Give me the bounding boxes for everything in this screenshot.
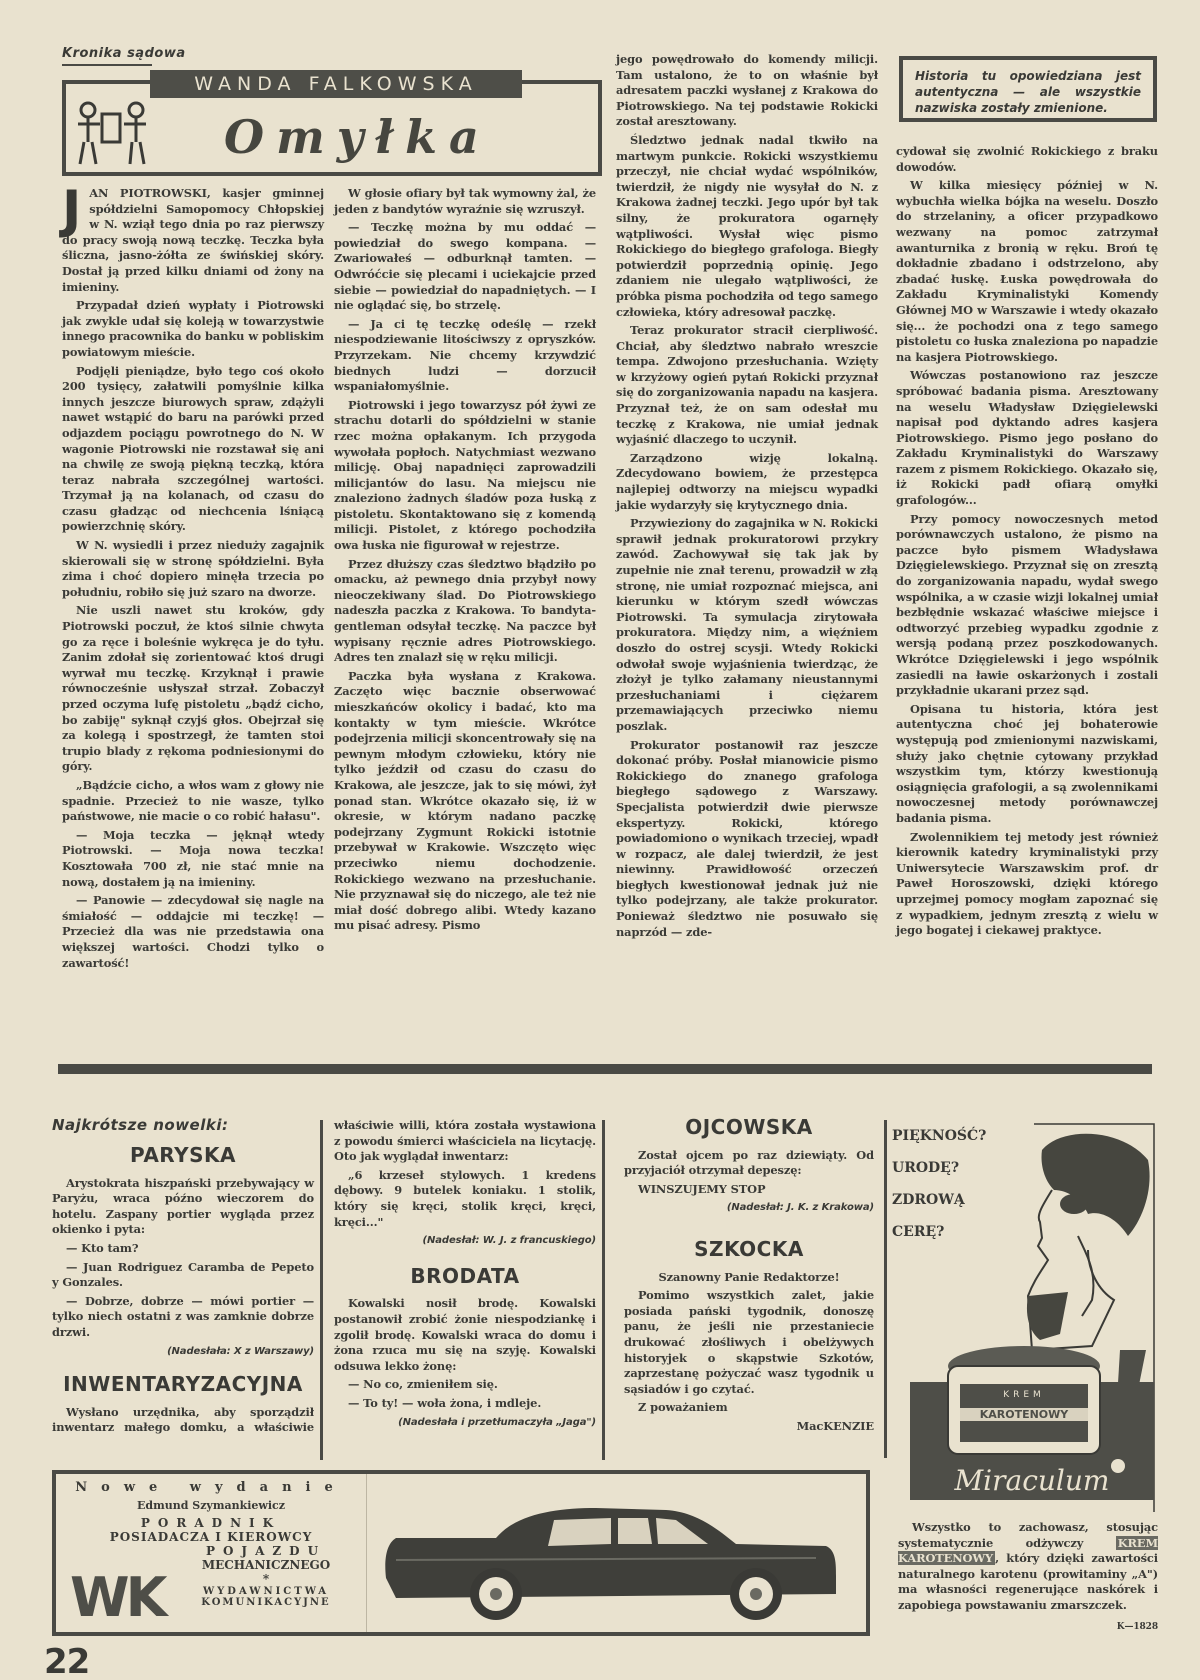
closing: Z poważaniem xyxy=(624,1400,874,1416)
paragraph: Śledztwo jednak nadal tkwiło na martwym … xyxy=(616,133,878,320)
paragraph: Pomimo wszystkich zalet, jakie posiada p… xyxy=(624,1288,874,1397)
drop-cap: J xyxy=(62,188,81,232)
paragraph: Paczka była wysłana z Krakowa. Zaczęto w… xyxy=(334,669,596,934)
wk-logo: WK xyxy=(70,1566,163,1629)
paragraph: — Panowie — zdecydował się nagle na śmia… xyxy=(62,893,324,971)
jar-label-top: KREM xyxy=(960,1390,1088,1400)
paragraph: Prokurator postanowił raz jeszcze dokona… xyxy=(616,738,878,941)
paragraph: Nie uszli nawet stu kroków, gdy Piotrows… xyxy=(62,603,324,775)
article-column-4: cydował się zwolnić Rokickiego z braku d… xyxy=(896,144,1158,942)
salutation: Szanowny Panie Redaktorze! xyxy=(624,1270,874,1286)
story-ojcowska: OJCOWSKA Został ojcem po raz dziewiąty. … xyxy=(624,1116,874,1435)
paragraph: właściwie willi, która została wystawion… xyxy=(334,1118,596,1165)
two-figures-icon xyxy=(72,98,158,168)
paragraph: — Kto tam? xyxy=(52,1241,314,1257)
column-rule xyxy=(884,1120,887,1458)
paragraph: Podjęli pieniądze, było tego coś około 2… xyxy=(62,364,324,536)
book-advertisement: Nowe wydanie Edmund Szymankiewicz PORADN… xyxy=(52,1470,870,1636)
paragraph: „6 krzeseł stylowych. 1 kredens dębowy. … xyxy=(334,1168,596,1230)
ad-code: K—1828 xyxy=(898,1620,1158,1636)
story-title: INWENTARYZACYJNA xyxy=(52,1377,314,1393)
paragraph: Teraz prokurator stracił cierpliwość. Ch… xyxy=(616,323,878,448)
paragraph: AN PIOTROWSKI, kasjer gminnej spółdzieln… xyxy=(62,186,324,294)
signature: MacKENZIE xyxy=(624,1419,874,1435)
paragraph: — Dobrze, dobrze — mówi portier — tylko … xyxy=(52,1294,314,1341)
ad-title-1: PORADNIK xyxy=(66,1516,356,1530)
story-credit: (Nadesłał: W. J. z francuskiego) xyxy=(334,1233,596,1249)
cream-advertisement: PIĘKNOŚĆ? URODĘ? ZDROWĄ CERĘ? KREM KAROT… xyxy=(892,1120,1158,1512)
article-column-1: JAN PIOTROWSKI, kasjer gminnej spółdziel… xyxy=(62,186,324,974)
paragraph: Zwolennikiem tej metody jest również kie… xyxy=(896,830,1158,939)
cream-ad-text: Wszystko to zachowasz, stosując systemat… xyxy=(898,1520,1158,1635)
paragraph: Przez dłuższy czas śledztwo błądziło po … xyxy=(334,557,596,666)
paragraph: jego powędrowało do komendy milicji. Tam… xyxy=(616,52,878,130)
ad-author: Edmund Szymankiewicz xyxy=(66,1499,356,1512)
paragraph: — No co, zmieniłem się. xyxy=(334,1377,596,1393)
paragraph: W N. wysiedli i przez nieduży zagajnik s… xyxy=(62,538,324,600)
story-credit: (Nadesłała: X z Warszawy) xyxy=(52,1344,314,1360)
jar-label-main: KAROTENOWY xyxy=(960,1408,1088,1421)
paragraph: Kowalski nosił brodę. Kowalski postanowi… xyxy=(334,1296,596,1374)
column-rule xyxy=(602,1120,605,1460)
paragraph: Przy pomocy nowoczesnych metod porównawc… xyxy=(896,512,1158,699)
paragraph: cydował się zwolnić Rokickiego z braku d… xyxy=(896,144,1158,175)
paragraph: Wysłano urzędnika, aby sporządził inwent… xyxy=(52,1405,314,1437)
story-title: BRODATA xyxy=(334,1269,596,1285)
story-title: SZKOCKA xyxy=(624,1242,874,1258)
ad-new-edition: Nowe wydanie xyxy=(66,1480,356,1495)
ad-title-2: POSIADACZA I KIEROWCY xyxy=(66,1530,356,1544)
story-paryska: PARYSKA Arystokrata hiszpański przebywaj… xyxy=(52,1144,314,1440)
paragraph: Arystokrata hiszpański przebywający w Pa… xyxy=(52,1176,314,1238)
car-illustration-icon xyxy=(376,1494,856,1624)
paragraph: Zarządzono wizję lokalną. Zdecydowano bo… xyxy=(616,451,878,513)
story-title: PARYSKA xyxy=(52,1148,314,1164)
story-credit: (Nadesłała i przetłumaczyła „Jaga") xyxy=(334,1415,596,1431)
section-label: Kronika sądowa xyxy=(62,46,186,61)
brand-name: Miraculum xyxy=(932,1464,1132,1497)
paragraph: — Moja teczka — jęknął wtedy Piotrowski.… xyxy=(62,828,324,890)
section-divider xyxy=(58,1064,1152,1074)
story-credit: (Nadesłał: J. K. z Krakowa) xyxy=(624,1200,874,1216)
story-inwentaryzacyjna-continued: właściwie willi, która została wystawion… xyxy=(334,1118,596,1430)
ad-title-3: POJAZDU xyxy=(66,1544,356,1558)
short-stories-label: Najkrótsze nowelki: xyxy=(52,1116,229,1134)
paragraph: — Ja ci tę teczkę odeślę — rzekł niespod… xyxy=(334,317,596,395)
paragraph: — Juan Rodriguez Caramba de Pepeto y Gon… xyxy=(52,1260,314,1291)
paragraph: „Bądźcie cicho, a włos wam z głowy nie s… xyxy=(62,778,324,825)
paragraph: — To ty! — woła żona, i mdleje. xyxy=(334,1396,596,1412)
paragraph: W kilka miesięcy później w N. wybuchła w… xyxy=(896,178,1158,365)
paragraph: Wówczas postanowiono raz jeszcze spróbow… xyxy=(896,368,1158,508)
paragraph: W głosie ofiary był tak wymowny żal, że … xyxy=(334,186,596,217)
paragraph: WINSZUJEMY STOP xyxy=(624,1182,874,1198)
paragraph: Opisana tu historia, która jest autentyc… xyxy=(896,702,1158,827)
column-rule xyxy=(320,1120,323,1460)
paragraph: Piotrowski i jego towarzysz pół żywi ze … xyxy=(334,398,596,554)
disclaimer-note: Historia tu opowiedziana jest autentyczn… xyxy=(899,56,1157,122)
woman-illustration-icon xyxy=(892,1120,1158,1512)
header-underline xyxy=(62,64,152,66)
page-number: 22 xyxy=(44,1642,89,1680)
paragraph: Został ojcem po raz dziewiąty. Od przyja… xyxy=(624,1148,874,1179)
article-title: Omyłka xyxy=(224,110,491,164)
article-column-2: W głosie ofiary był tak wymowny żal, że … xyxy=(334,186,596,937)
article-column-3: jego powędrowało do komendy milicji. Tam… xyxy=(616,52,878,943)
paragraph: Przywieziony do zagajnika w N. Rokicki s… xyxy=(616,516,878,734)
paragraph: — Teczkę można by mu oddać — powiedział … xyxy=(334,220,596,314)
paragraph: Przypadał dzień wypłaty i Piotrowski jak… xyxy=(62,298,324,360)
story-title: OJCOWSKA xyxy=(624,1120,874,1136)
author-name: WANDA FALKOWSKA xyxy=(150,70,522,98)
